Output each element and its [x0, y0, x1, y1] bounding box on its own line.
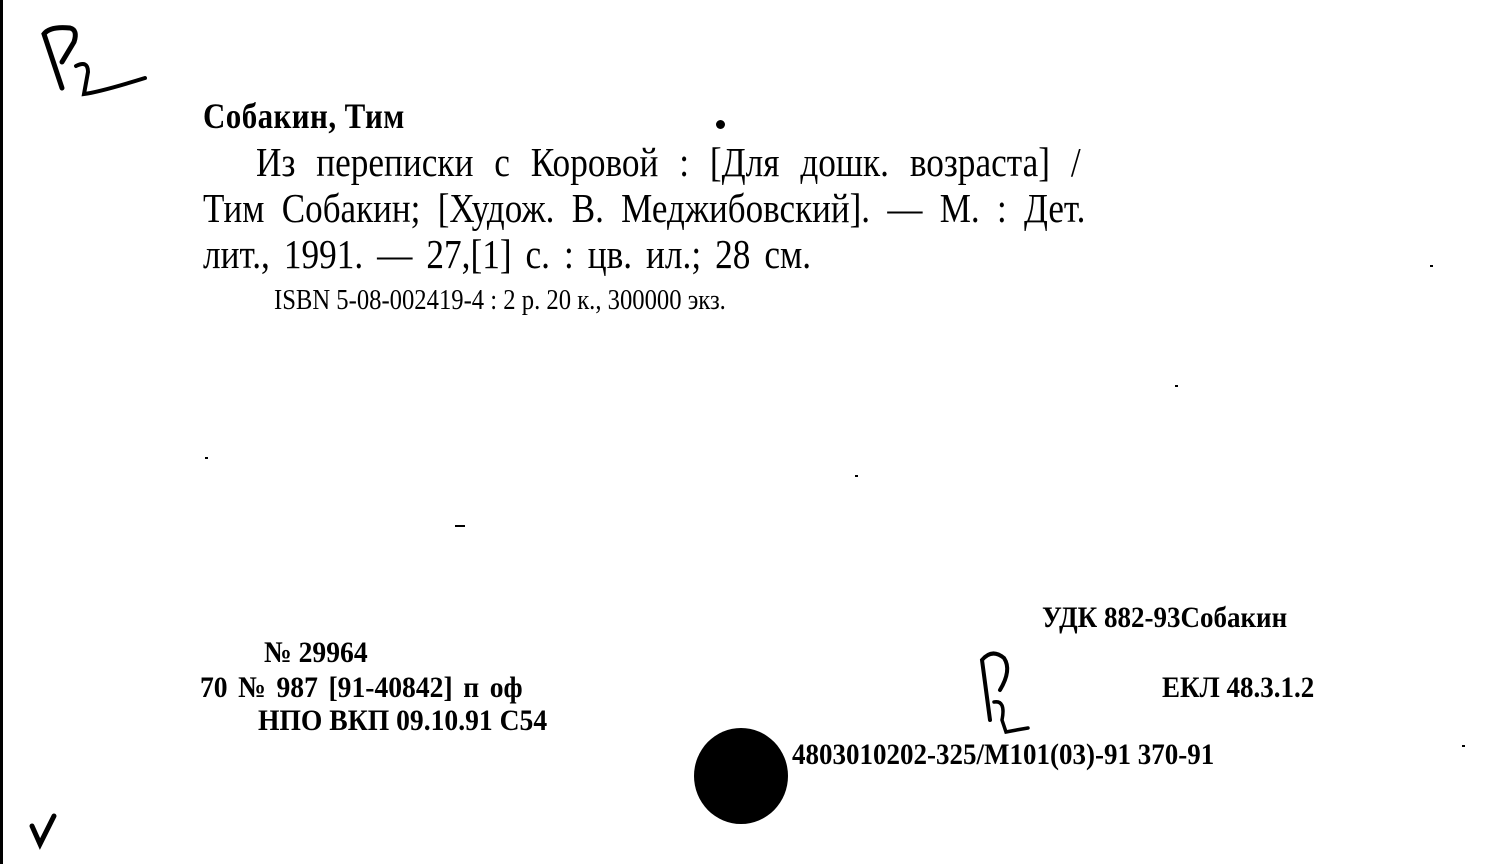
speck — [205, 457, 208, 459]
speck — [1462, 745, 1465, 747]
title-line-3: лит., 1991. — 27,[1] с. : цв. ил.; 28 см… — [203, 234, 811, 275]
punch-hole — [694, 728, 788, 824]
title-line-1: Из переписки с Коровой : [Для дошк. возр… — [256, 142, 1081, 183]
record-line-2: 70 № 987 [91-40842] п оф — [200, 673, 523, 703]
speck — [1430, 265, 1433, 267]
handwritten-p2-top-icon — [0, 0, 200, 140]
speck — [1175, 385, 1178, 387]
check-mark-icon — [28, 812, 58, 852]
ekl-code: ЕКЛ 48.3.1.2 — [1162, 673, 1314, 703]
speck — [455, 525, 465, 527]
record-number: № 29964 — [264, 638, 368, 668]
speck — [855, 475, 858, 477]
udk-code: УДК 882-93Собакин — [1042, 603, 1287, 633]
handwritten-p2-middle-icon — [960, 640, 1050, 750]
isbn-line: ISBN 5-08-002419-4 : 2 р. 20 к., 300000 … — [274, 287, 726, 315]
record-line-3: НПО ВКП 09.10.91 С54 — [258, 706, 547, 736]
author-heading: Собакин, Тим — [203, 98, 405, 134]
title-line-2: Тим Собакин; [Худож. В. Меджибовский]. —… — [203, 188, 1085, 229]
ink-dot — [716, 120, 725, 129]
